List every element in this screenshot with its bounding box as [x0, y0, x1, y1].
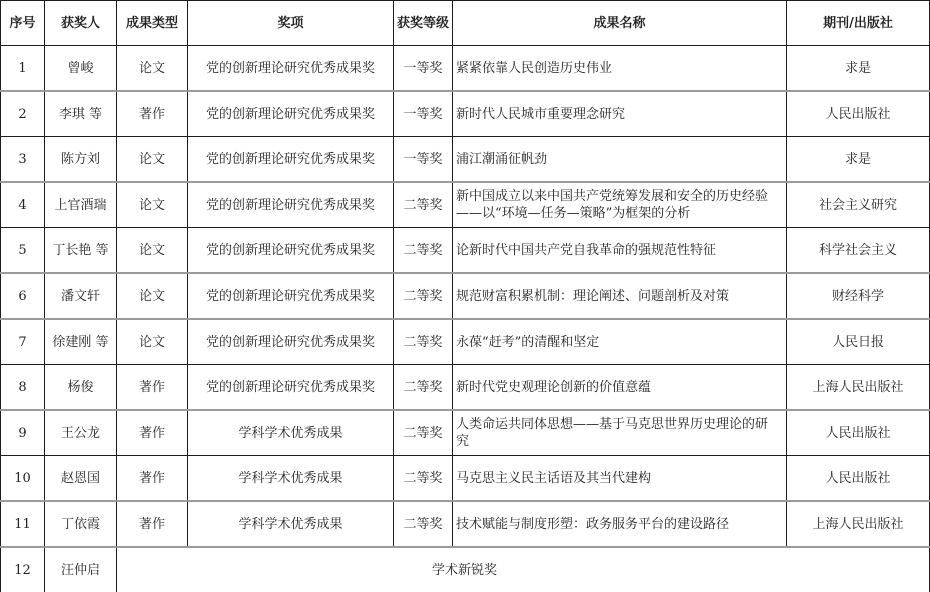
cell-winner: 杨俊 — [45, 365, 117, 411]
cell-award: 党的创新理论研究优秀成果奖 — [188, 91, 394, 137]
cell-publisher: 财经科学 — [787, 273, 930, 319]
table-row: 1 曾峻 论文 党的创新理论研究优秀成果奖 一等奖 紧紧依靠人民创造历史伟业 求… — [1, 46, 930, 92]
cell-award: 党的创新理论研究优秀成果奖 — [188, 319, 394, 365]
cell-title: 新时代党史观理论创新的价值意蕴 — [453, 365, 787, 411]
cell-award: 学科学术优秀成果 — [188, 501, 394, 547]
header-index: 序号 — [1, 1, 45, 46]
cell-publisher: 人民出版社 — [787, 91, 930, 137]
cell-award-merged: 学术新锐奖 — [117, 547, 930, 592]
table-row: 2 李琪 等 著作 党的创新理论研究优秀成果奖 一等奖 新时代人民城市重要理念研… — [1, 91, 930, 137]
cell-level: 一等奖 — [394, 137, 453, 183]
cell-index: 12 — [1, 547, 45, 592]
cell-publisher: 人民日报 — [787, 319, 930, 365]
cell-index: 1 — [1, 46, 45, 92]
cell-level: 二等奖 — [394, 501, 453, 547]
cell-level: 一等奖 — [394, 91, 453, 137]
cell-index: 5 — [1, 228, 45, 274]
cell-award: 学科学术优秀成果 — [188, 456, 394, 502]
table-row: 4 上官酒瑞 论文 党的创新理论研究优秀成果奖 二等奖 新中国成立以来中国共产党… — [1, 182, 930, 228]
cell-level: 二等奖 — [394, 273, 453, 319]
table-row: 8 杨俊 著作 党的创新理论研究优秀成果奖 二等奖 新时代党史观理论创新的价值意… — [1, 365, 930, 411]
cell-index: 2 — [1, 91, 45, 137]
cell-title: 浦江潮涌征帆劲 — [453, 137, 787, 183]
cell-publisher: 社会主义研究 — [787, 182, 930, 228]
cell-award: 党的创新理论研究优秀成果奖 — [188, 365, 394, 411]
table-row: 11 丁依霞 著作 学科学术优秀成果 二等奖 技术赋能与制度形塑：政务服务平台的… — [1, 501, 930, 547]
cell-index: 11 — [1, 501, 45, 547]
cell-publisher: 科学社会主义 — [787, 228, 930, 274]
cell-title: 永葆“赶考”的清醒和坚定 — [453, 319, 787, 365]
cell-winner: 陈方刘 — [45, 137, 117, 183]
cell-winner: 汪仲启 — [45, 547, 117, 592]
table-row: 10 赵恩国 著作 学科学术优秀成果 二等奖 马克思主义民主话语及其当代建构 人… — [1, 456, 930, 502]
cell-level: 二等奖 — [394, 228, 453, 274]
header-row: 序号 获奖人 成果类型 奖项 获奖等级 成果名称 期刊/出版社 — [1, 1, 930, 46]
header-type: 成果类型 — [117, 1, 188, 46]
cell-level: 二等奖 — [394, 365, 453, 411]
cell-winner: 曾峻 — [45, 46, 117, 92]
table-row: 6 潘文轩 论文 党的创新理论研究优秀成果奖 二等奖 规范财富积累机制：理论阐述… — [1, 273, 930, 319]
cell-level: 二等奖 — [394, 319, 453, 365]
table-row: 9 王公龙 著作 学科学术优秀成果 二等奖 人类命运共同体思想——基于马克思世界… — [1, 410, 930, 456]
header-winner: 获奖人 — [45, 1, 117, 46]
cell-type: 论文 — [117, 273, 188, 319]
cell-type: 著作 — [117, 91, 188, 137]
table-row: 5 丁长艳 等 论文 党的创新理论研究优秀成果奖 二等奖 论新时代中国共产党自我… — [1, 228, 930, 274]
cell-award: 党的创新理论研究优秀成果奖 — [188, 228, 394, 274]
cell-index: 4 — [1, 182, 45, 228]
cell-type: 著作 — [117, 365, 188, 411]
cell-title: 紧紧依靠人民创造历史伟业 — [453, 46, 787, 92]
table-row-last: 12 汪仲启 学术新锐奖 — [1, 547, 930, 592]
cell-index: 3 — [1, 137, 45, 183]
cell-type: 论文 — [117, 137, 188, 183]
table-row: 7 徐建刚 等 论文 党的创新理论研究优秀成果奖 二等奖 永葆“赶考”的清醒和坚… — [1, 319, 930, 365]
header-award: 奖项 — [188, 1, 394, 46]
cell-publisher: 求是 — [787, 46, 930, 92]
cell-winner: 丁依霞 — [45, 501, 117, 547]
cell-winner: 赵恩国 — [45, 456, 117, 502]
cell-title: 人类命运共同体思想——基于马克思世界历史理论的研究 — [453, 410, 787, 456]
cell-publisher: 上海人民出版社 — [787, 501, 930, 547]
cell-title: 新时代人民城市重要理念研究 — [453, 91, 787, 137]
cell-award: 党的创新理论研究优秀成果奖 — [188, 273, 394, 319]
cell-title: 技术赋能与制度形塑：政务服务平台的建设路径 — [453, 501, 787, 547]
cell-winner: 徐建刚 等 — [45, 319, 117, 365]
cell-index: 10 — [1, 456, 45, 502]
cell-type: 论文 — [117, 228, 188, 274]
cell-winner: 上官酒瑞 — [45, 182, 117, 228]
cell-award: 党的创新理论研究优秀成果奖 — [188, 46, 394, 92]
cell-winner: 潘文轩 — [45, 273, 117, 319]
cell-type: 论文 — [117, 182, 188, 228]
cell-type: 论文 — [117, 46, 188, 92]
cell-publisher: 上海人民出版社 — [787, 365, 930, 411]
cell-title: 论新时代中国共产党自我革命的强规范性特征 — [453, 228, 787, 274]
cell-type: 著作 — [117, 410, 188, 456]
header-publisher: 期刊/出版社 — [787, 1, 930, 46]
award-table: 序号 获奖人 成果类型 奖项 获奖等级 成果名称 期刊/出版社 1 曾峻 论文 … — [0, 0, 930, 592]
cell-index: 7 — [1, 319, 45, 365]
cell-index: 8 — [1, 365, 45, 411]
cell-award: 党的创新理论研究优秀成果奖 — [188, 182, 394, 228]
header-title: 成果名称 — [453, 1, 787, 46]
cell-winner: 丁长艳 等 — [45, 228, 117, 274]
cell-winner: 李琪 等 — [45, 91, 117, 137]
cell-index: 9 — [1, 410, 45, 456]
cell-type: 论文 — [117, 319, 188, 365]
cell-title: 新中国成立以来中国共产党统筹发展和安全的历史经验 ——以“环境—任务—策略”为框… — [453, 182, 787, 228]
header-level: 获奖等级 — [394, 1, 453, 46]
cell-title: 规范财富积累机制：理论阐述、问题剖析及对策 — [453, 273, 787, 319]
cell-publisher: 人民出版社 — [787, 456, 930, 502]
cell-title: 马克思主义民主话语及其当代建构 — [453, 456, 787, 502]
cell-type: 著作 — [117, 501, 188, 547]
cell-type: 著作 — [117, 456, 188, 502]
cell-winner: 王公龙 — [45, 410, 117, 456]
cell-index: 6 — [1, 273, 45, 319]
cell-level: 二等奖 — [394, 182, 453, 228]
cell-publisher: 人民出版社 — [787, 410, 930, 456]
cell-level: 二等奖 — [394, 456, 453, 502]
table-row: 3 陈方刘 论文 党的创新理论研究优秀成果奖 一等奖 浦江潮涌征帆劲 求是 — [1, 137, 930, 183]
cell-level: 一等奖 — [394, 46, 453, 92]
cell-publisher: 求是 — [787, 137, 930, 183]
cell-level: 二等奖 — [394, 410, 453, 456]
cell-award: 党的创新理论研究优秀成果奖 — [188, 137, 394, 183]
cell-award: 学科学术优秀成果 — [188, 410, 394, 456]
